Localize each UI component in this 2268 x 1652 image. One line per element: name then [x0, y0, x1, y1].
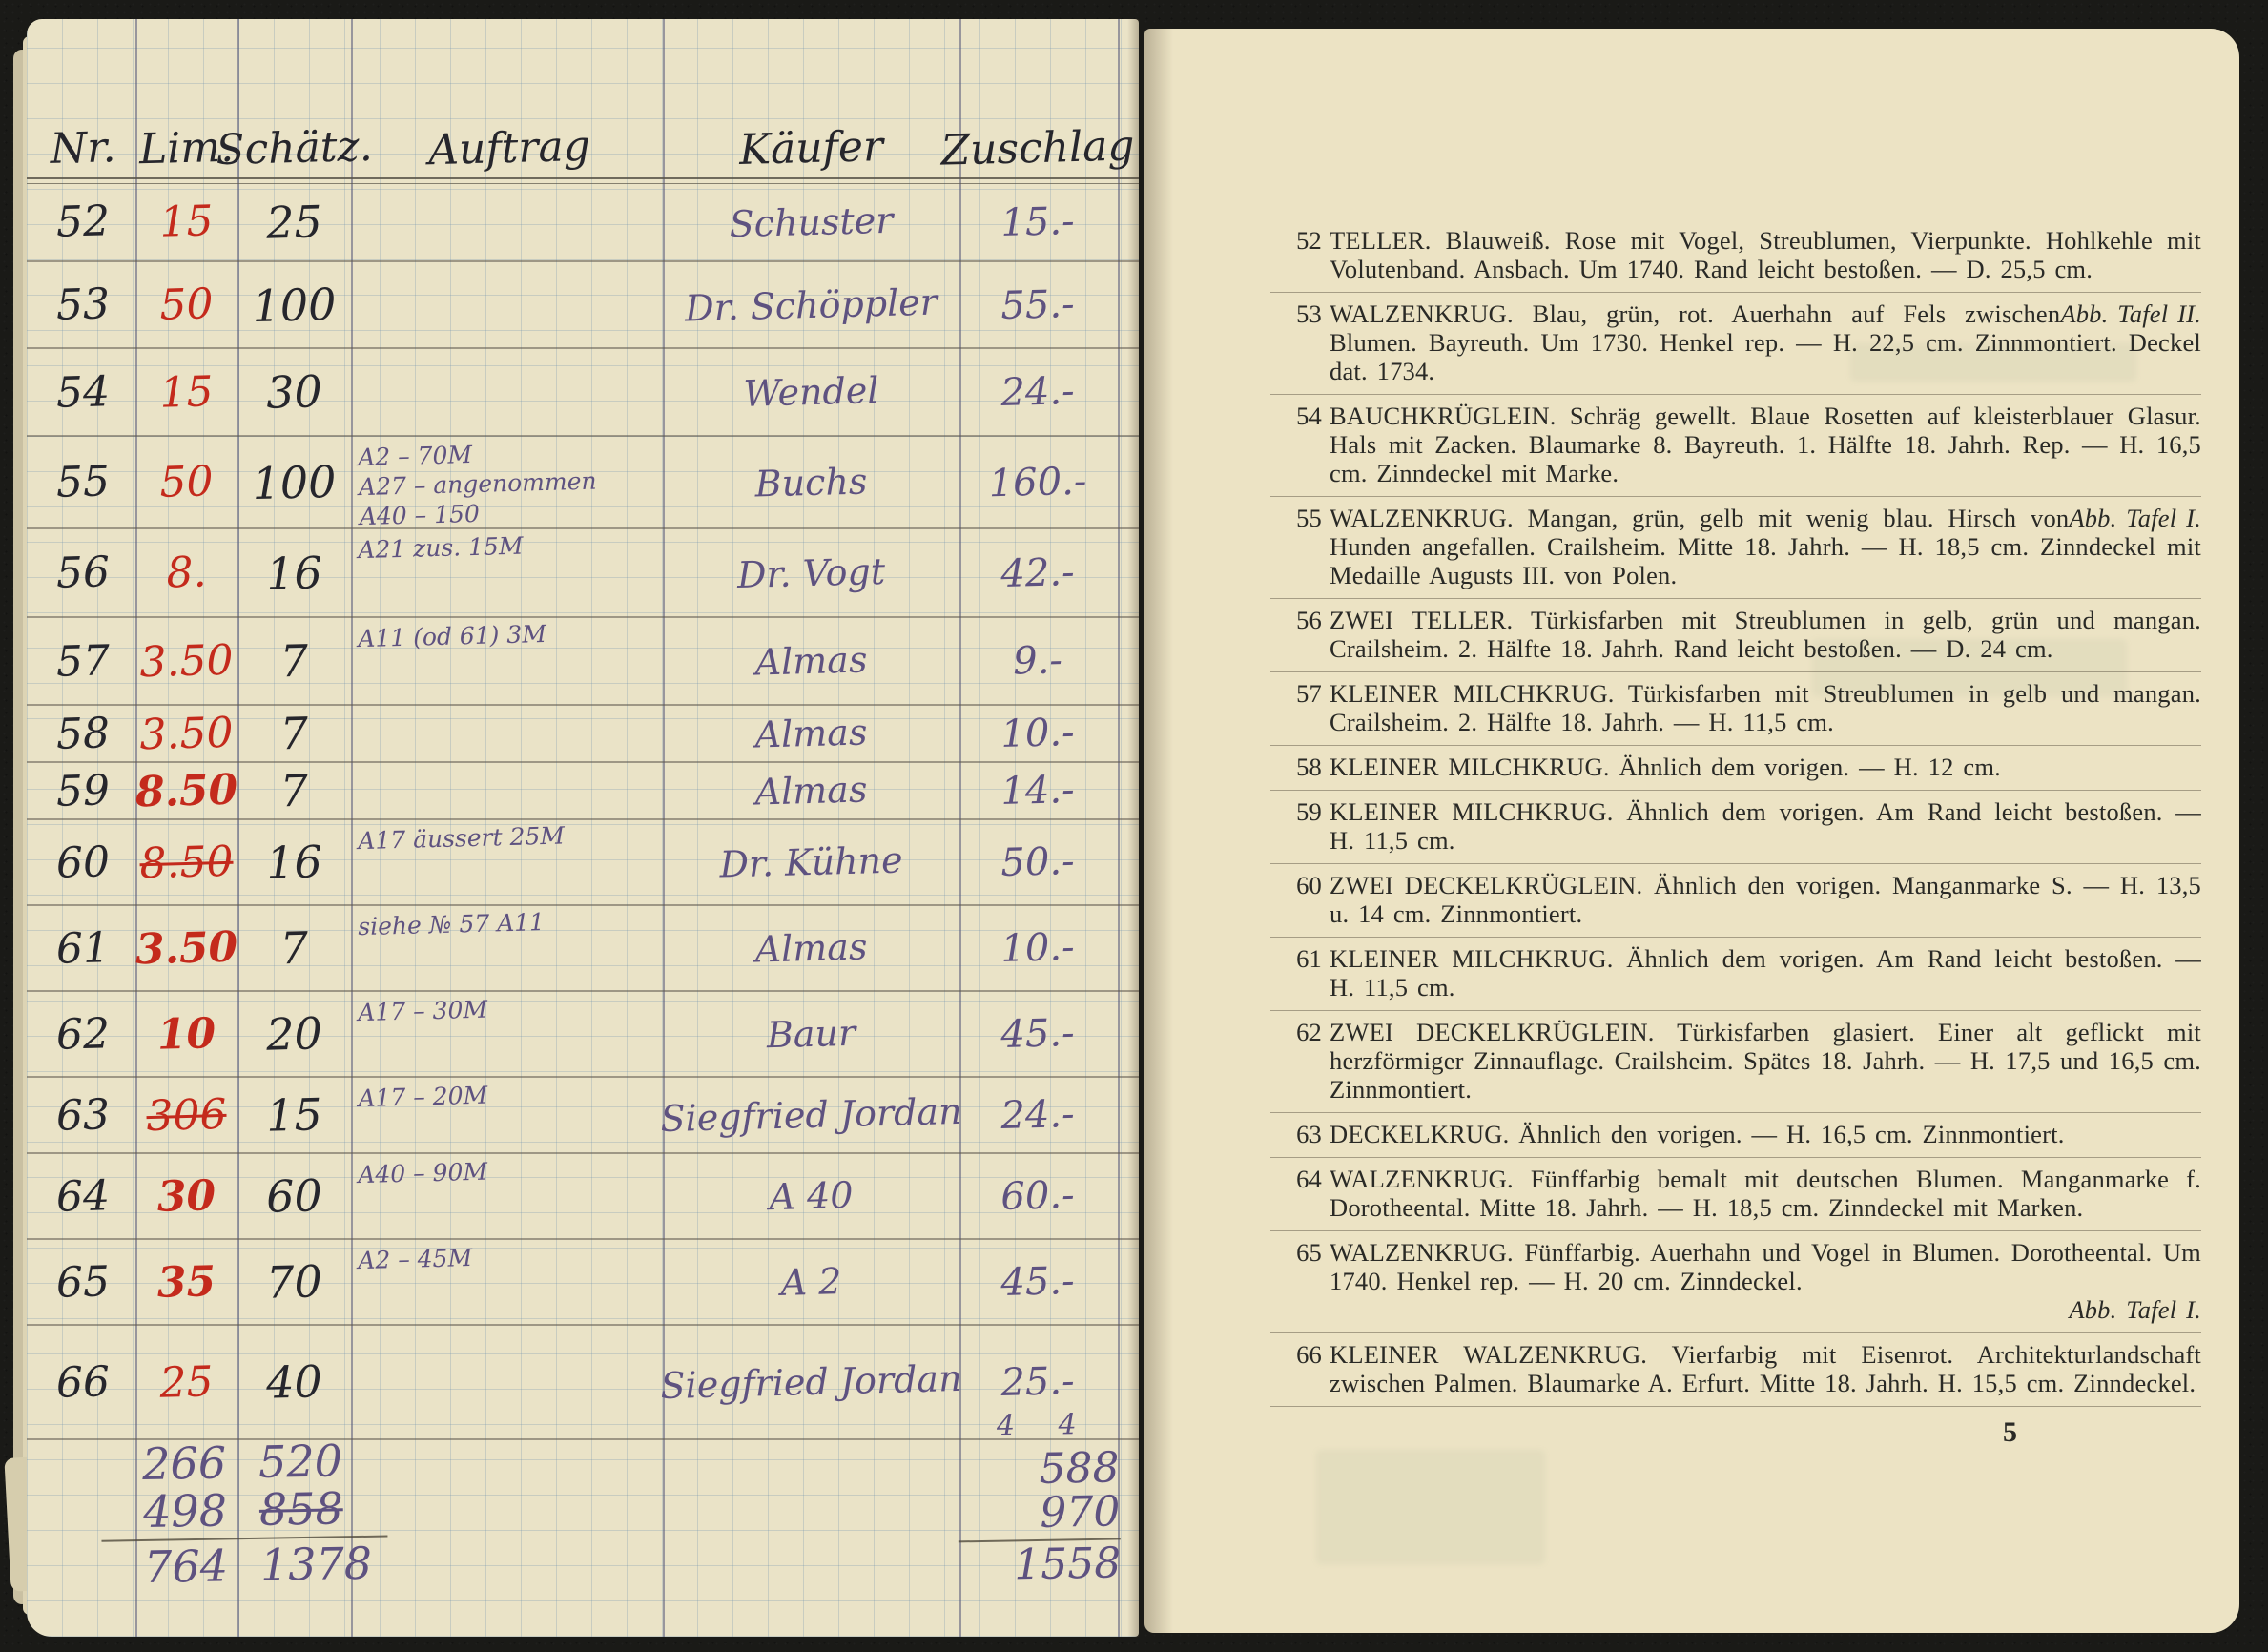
cell-lot-number: 58 — [31, 705, 134, 763]
entry-number: 60 — [1270, 871, 1322, 899]
entry-number: 64 — [1270, 1165, 1322, 1193]
cell-buyer: Dr. Schöppler — [662, 258, 960, 351]
cell-buyer: Schuster — [662, 179, 960, 264]
ledger-row: 583.507Almas10.- — [27, 706, 1139, 763]
totals-lim-schaetz: 2665204988587641378 — [113, 1436, 389, 1592]
cell-estimate: 25 — [237, 181, 352, 261]
catalog-entry: 62ZWEI DECKELKRÜGLEIN. Türkisfarben glas… — [1270, 1011, 2201, 1113]
cell-limit: 15 — [134, 182, 238, 262]
cell-buyer: Dr. Vogt — [662, 526, 960, 620]
entry-text: ZWEI TELLER. Türkisfarben mit Streublume… — [1330, 606, 2201, 663]
cell-limit: 8. — [134, 528, 238, 618]
entry-number: 57 — [1270, 679, 1322, 708]
cell-hammer-price: 42.- — [960, 527, 1115, 618]
cell-lot-number: 59 — [31, 762, 134, 820]
bleedthrough-smudge — [1316, 1450, 1545, 1564]
cell-limit: 306 — [134, 1077, 238, 1154]
cell-bid-orders: A17 – 30M — [358, 990, 661, 1080]
cell-limit: 30 — [134, 1153, 238, 1240]
total-estimate: 520 — [258, 1436, 383, 1486]
ledger-header-zuschlag: Zuschlag — [960, 116, 1115, 179]
ledger-row: 5350100Dr. Schöppler55.- — [27, 262, 1139, 349]
cell-hammer-price: 10.- — [960, 904, 1115, 992]
abb-reference: Abb. Tafel I. — [2069, 504, 2201, 532]
ledger-row: 573.507A11 (od 61) 3MAlmas9.- — [27, 618, 1139, 706]
cell-estimate: 15 — [237, 1076, 352, 1153]
entry-text: KLEINER MILCHKRUG. Ähnlich dem vorigen. … — [1330, 797, 2201, 855]
abb-reference: Abb. Tafel I. — [1330, 1295, 2201, 1324]
cell-lot-number: 62 — [31, 991, 134, 1078]
total-estimate: 858 — [258, 1484, 383, 1534]
bid-order-line: A17 – 20M — [358, 1081, 487, 1114]
catalog-entry: 59KLEINER MILCHKRUG. Ähnlich dem vorigen… — [1270, 791, 2201, 864]
cell-estimate: 40 — [236, 1324, 352, 1439]
ledger-row: 613.507siehe № 57 A11Almas10.- — [27, 906, 1139, 992]
entry-number: 54 — [1270, 402, 1322, 430]
catalog-entry: 61KLEINER MILCHKRUG. Ähnlich dem vorigen… — [1270, 938, 2201, 1011]
entry-number: 52 — [1270, 226, 1322, 255]
catalog-entry: 64WALZENKRUG. Fünffarbig bemalt mit deut… — [1270, 1158, 2201, 1231]
totals-zuschlag: 4 45889701558 — [946, 1402, 1121, 1588]
cell-limit: 50 — [134, 436, 238, 529]
ledger-row: 541530Wendel24.- — [27, 349, 1139, 437]
cell-estimate: 100 — [237, 435, 352, 528]
ledger-row: 5550100A2 – 70MA27 – angenommenA40 – 150… — [27, 437, 1139, 529]
cell-estimate: 30 — [237, 347, 352, 436]
ledger-row: 608.5016A17 äussert 25MDr. Kühne50.- — [27, 820, 1139, 906]
total-hammer: 588 — [947, 1446, 1120, 1493]
cell-estimate: 7 — [237, 904, 352, 991]
catalog-entry: 58KLEINER MILCHKRUG. Ähnlich dem vorigen… — [1270, 746, 2201, 791]
cell-limit: 50 — [134, 261, 238, 349]
catalog-entries: 52TELLER. Blauweiß. Rose mit Vogel, Stre… — [1270, 219, 2201, 1407]
catalog-entry: 65WALZENKRUG. Fünffarbig. Auerhahn und V… — [1270, 1231, 2201, 1333]
ledger-page: Nr.Lim.Schätz.AuftragKäuferZuschlag 5215… — [27, 19, 1139, 1637]
catalog-page: 52TELLER. Blauweiß. Rose mit Vogel, Stre… — [1144, 29, 2239, 1633]
bid-order-line: A2 – 70M — [358, 440, 473, 472]
cell-buyer: Almas — [662, 614, 960, 708]
total-limit: 498 — [114, 1486, 228, 1536]
cell-bid-orders: A21 zus. 15M — [358, 527, 661, 620]
entry-text: KLEINER WALZENKRUG. Vierfarbig mit Eisen… — [1330, 1340, 2201, 1397]
ledger-row: 598.507Almas14.- — [27, 763, 1139, 820]
bid-order-line: A27 – angenommen — [359, 466, 597, 503]
cell-bid-orders: A2 – 45M — [358, 1238, 661, 1328]
cell-limit: 8.50 — [134, 819, 238, 906]
entry-text: BAUCHKRÜGLEIN. Schräg gewellt. Blaue Ros… — [1330, 402, 2201, 487]
bid-order-line: A17 äussert 25M — [358, 820, 565, 856]
cell-estimate: 7 — [237, 704, 351, 762]
totals-row: 266520 — [113, 1436, 387, 1489]
bid-order-line: A2 – 45M — [358, 1243, 473, 1275]
cell-lot-number: 53 — [31, 261, 134, 349]
total-hammer: 1558 — [949, 1541, 1122, 1588]
cell-lot-number: 61 — [31, 905, 134, 992]
cell-estimate: 70 — [237, 1238, 352, 1325]
catalog-entry: 55Abb. Tafel I.WALZENKRUG. Mangan, grün,… — [1270, 497, 2201, 599]
page-number: 5 — [2003, 1416, 2017, 1449]
cell-hammer-price: 9.- — [960, 616, 1115, 706]
cell-buyer: Siegfried Jordan — [662, 1322, 961, 1442]
cell-limit: 10 — [134, 991, 238, 1078]
catalog-entry: 60ZWEI DECKELKRÜGLEIN. Ähnlich den vorig… — [1270, 864, 2201, 938]
cell-limit: 3.50 — [134, 705, 237, 763]
auction-ledger-book-scan: Nr.Lim.Schätz.AuftragKäuferZuschlag 5215… — [0, 0, 2268, 1652]
totals-row: 7641378 — [115, 1538, 389, 1591]
bid-order-line: A17 – 30M — [358, 995, 487, 1028]
entry-text: ZWEI DECKELKRÜGLEIN. Ähnlich den vorigen… — [1330, 871, 2201, 928]
cell-estimate: 7 — [237, 761, 351, 819]
cell-bid-orders: A17 – 20M — [358, 1076, 661, 1156]
cell-buyer: Buchs — [662, 433, 960, 531]
catalog-entry: 53Abb. Tafel II.WALZENKRUG. Blau, grün, … — [1270, 293, 2201, 395]
cell-lot-number: 65 — [31, 1239, 134, 1326]
cell-hammer-price: 10.- — [960, 704, 1114, 763]
catalog-entry: 54BAUCHKRÜGLEIN. Schräg gewellt. Blaue R… — [1270, 395, 2201, 497]
cell-buyer: Dr. Kühne — [662, 816, 960, 908]
cell-buyer: A 2 — [662, 1236, 960, 1328]
catalog-entry: 56ZWEI TELLER. Türkisfarben mit Streublu… — [1270, 599, 2201, 672]
ledger-row: 653570A2 – 45MA 245.- — [27, 1240, 1139, 1326]
cell-limit: 8.50 — [134, 762, 237, 820]
entry-text: WALZENKRUG. Fünffarbig bemalt mit deutsc… — [1330, 1165, 2201, 1222]
ledger-row: 568.16A21 zus. 15MDr. Vogt42.- — [27, 529, 1139, 618]
cell-limit: 3.50 — [134, 617, 238, 706]
ledger-header-schaetz: Schätz. — [237, 116, 352, 178]
total-estimate: 1378 — [260, 1539, 385, 1589]
entry-number: 66 — [1270, 1340, 1322, 1369]
cell-bid-orders: A40 – 90M — [358, 1152, 661, 1242]
bid-order-line: A40 – 150 — [359, 499, 480, 531]
cell-bid-orders: A2 – 70MA27 – angenommenA40 – 150 — [358, 435, 661, 531]
cell-lot-number: 52 — [31, 182, 134, 262]
cell-estimate: 16 — [237, 818, 352, 905]
cell-hammer-price: 24.- — [960, 347, 1115, 437]
total-carryover: 4 4 — [946, 1402, 1119, 1449]
entry-number: 63 — [1270, 1120, 1322, 1148]
total-limit: 764 — [115, 1541, 229, 1591]
ledger-row: 521525Schuster15.- — [27, 183, 1139, 262]
abb-reference: Abb. Tafel II. — [2060, 299, 2201, 328]
entry-number: 56 — [1270, 606, 1322, 634]
cell-lot-number: 66 — [31, 1325, 134, 1440]
cell-buyer: Wendel — [662, 345, 960, 439]
entry-number: 53 — [1270, 299, 1322, 328]
cell-buyer: Almas — [662, 759, 959, 822]
cell-estimate: 16 — [237, 527, 352, 617]
cell-hammer-price: 50.- — [960, 818, 1115, 906]
cell-lot-number: 63 — [31, 1077, 134, 1154]
cell-lot-number: 55 — [31, 436, 134, 529]
entry-text: TELLER. Blauweiß. Rose mit Vogel, Streub… — [1330, 226, 2201, 283]
cell-estimate: 60 — [237, 1152, 352, 1239]
entry-number: 61 — [1270, 944, 1322, 973]
cell-estimate: 20 — [237, 990, 352, 1077]
bid-order-line: siehe № 57 A11 — [358, 907, 545, 941]
cell-bid-orders: A11 (od 61) 3M — [358, 616, 661, 708]
entry-text: ZWEI DECKELKRÜGLEIN. Türkisfarben glasie… — [1330, 1018, 2201, 1104]
cell-hammer-price: 24.- — [960, 1076, 1115, 1154]
entry-text: DECKELKRUG. Ähnlich den vorigen. — H. 16… — [1330, 1120, 2065, 1148]
cell-buyer: Almas — [662, 902, 960, 994]
total-hammer: 970 — [948, 1490, 1121, 1537]
cell-limit: 15 — [134, 348, 238, 437]
cell-lot-number: 54 — [31, 348, 134, 437]
ledger-row: 6330615A17 – 20MSiegfried Jordan24.- — [27, 1078, 1139, 1154]
cell-lot-number: 57 — [31, 617, 134, 706]
ledger-header-kaeufer: Käufer — [662, 114, 960, 181]
cell-hammer-price: 60.- — [960, 1152, 1115, 1240]
catalog-entry: 66KLEINER WALZENKRUG. Vierfarbig mit Eis… — [1270, 1333, 2201, 1407]
bid-order-line: A21 zus. 15M — [358, 531, 524, 566]
cell-estimate: 100 — [237, 260, 352, 348]
cell-buyer: A 40 — [662, 1150, 960, 1242]
ledger-row: 621020A17 – 30MBaur45.- — [27, 992, 1139, 1078]
entry-number: 62 — [1270, 1018, 1322, 1046]
cell-limit: 3.50 — [134, 905, 238, 992]
cell-hammer-price: 14.- — [960, 761, 1114, 820]
entry-text: KLEINER MILCHKRUG. Ähnlich dem vorigen. … — [1330, 753, 2001, 781]
cell-lot-number: 60 — [31, 819, 134, 906]
entry-number: 58 — [1270, 753, 1322, 781]
entry-text: KLEINER MILCHKRUG. Türkisfarben mit Stre… — [1330, 679, 2201, 736]
bid-order-line: A40 – 90M — [358, 1157, 487, 1190]
ledger-header-nr: Nr. — [31, 117, 134, 179]
catalog-entry: 52TELLER. Blauweiß. Rose mit Vogel, Stre… — [1270, 219, 2201, 293]
cell-bid-orders: A17 äussert 25M — [358, 818, 661, 908]
bid-order-line: A11 (od 61) 3M — [358, 619, 546, 653]
entry-number: 59 — [1270, 797, 1322, 826]
cell-buyer: Siegfried Jordan — [662, 1074, 960, 1156]
ledger-row: 643060A40 – 90MA 4060.- — [27, 1154, 1139, 1240]
cell-hammer-price: 160.- — [960, 435, 1115, 529]
entry-text: KLEINER MILCHKRUG. Ähnlich dem vorigen. … — [1330, 944, 2201, 1002]
cell-hammer-price: 45.- — [960, 990, 1115, 1078]
cell-buyer: Almas — [662, 702, 959, 765]
cell-lot-number: 64 — [31, 1153, 134, 1240]
catalog-entry: 63DECKELKRUG. Ähnlich den vorigen. — H. … — [1270, 1113, 2201, 1158]
cell-hammer-price: 45.- — [960, 1238, 1115, 1326]
cell-lot-number: 56 — [31, 528, 134, 618]
cell-hammer-price: 15.- — [960, 181, 1115, 262]
totals-row: 498858 — [114, 1484, 388, 1537]
entry-text: WALZENKRUG. Fünffarbig. Auerhahn und Vog… — [1330, 1238, 2201, 1295]
cell-buyer: Baur — [662, 988, 960, 1080]
cell-bid-orders: siehe № 57 A11 — [358, 904, 661, 994]
cell-limit: 35 — [134, 1239, 238, 1326]
cell-limit: 25 — [134, 1325, 238, 1440]
ledger-header-auftrag: Auftrag — [358, 114, 661, 181]
entry-number: 65 — [1270, 1238, 1322, 1267]
entry-number: 55 — [1270, 504, 1322, 532]
cell-hammer-price: 55.- — [960, 260, 1115, 349]
cell-estimate: 7 — [237, 616, 352, 705]
catalog-entry: 57KLEINER MILCHKRUG. Türkisfarben mit St… — [1270, 672, 2201, 746]
total-limit: 266 — [113, 1438, 227, 1488]
